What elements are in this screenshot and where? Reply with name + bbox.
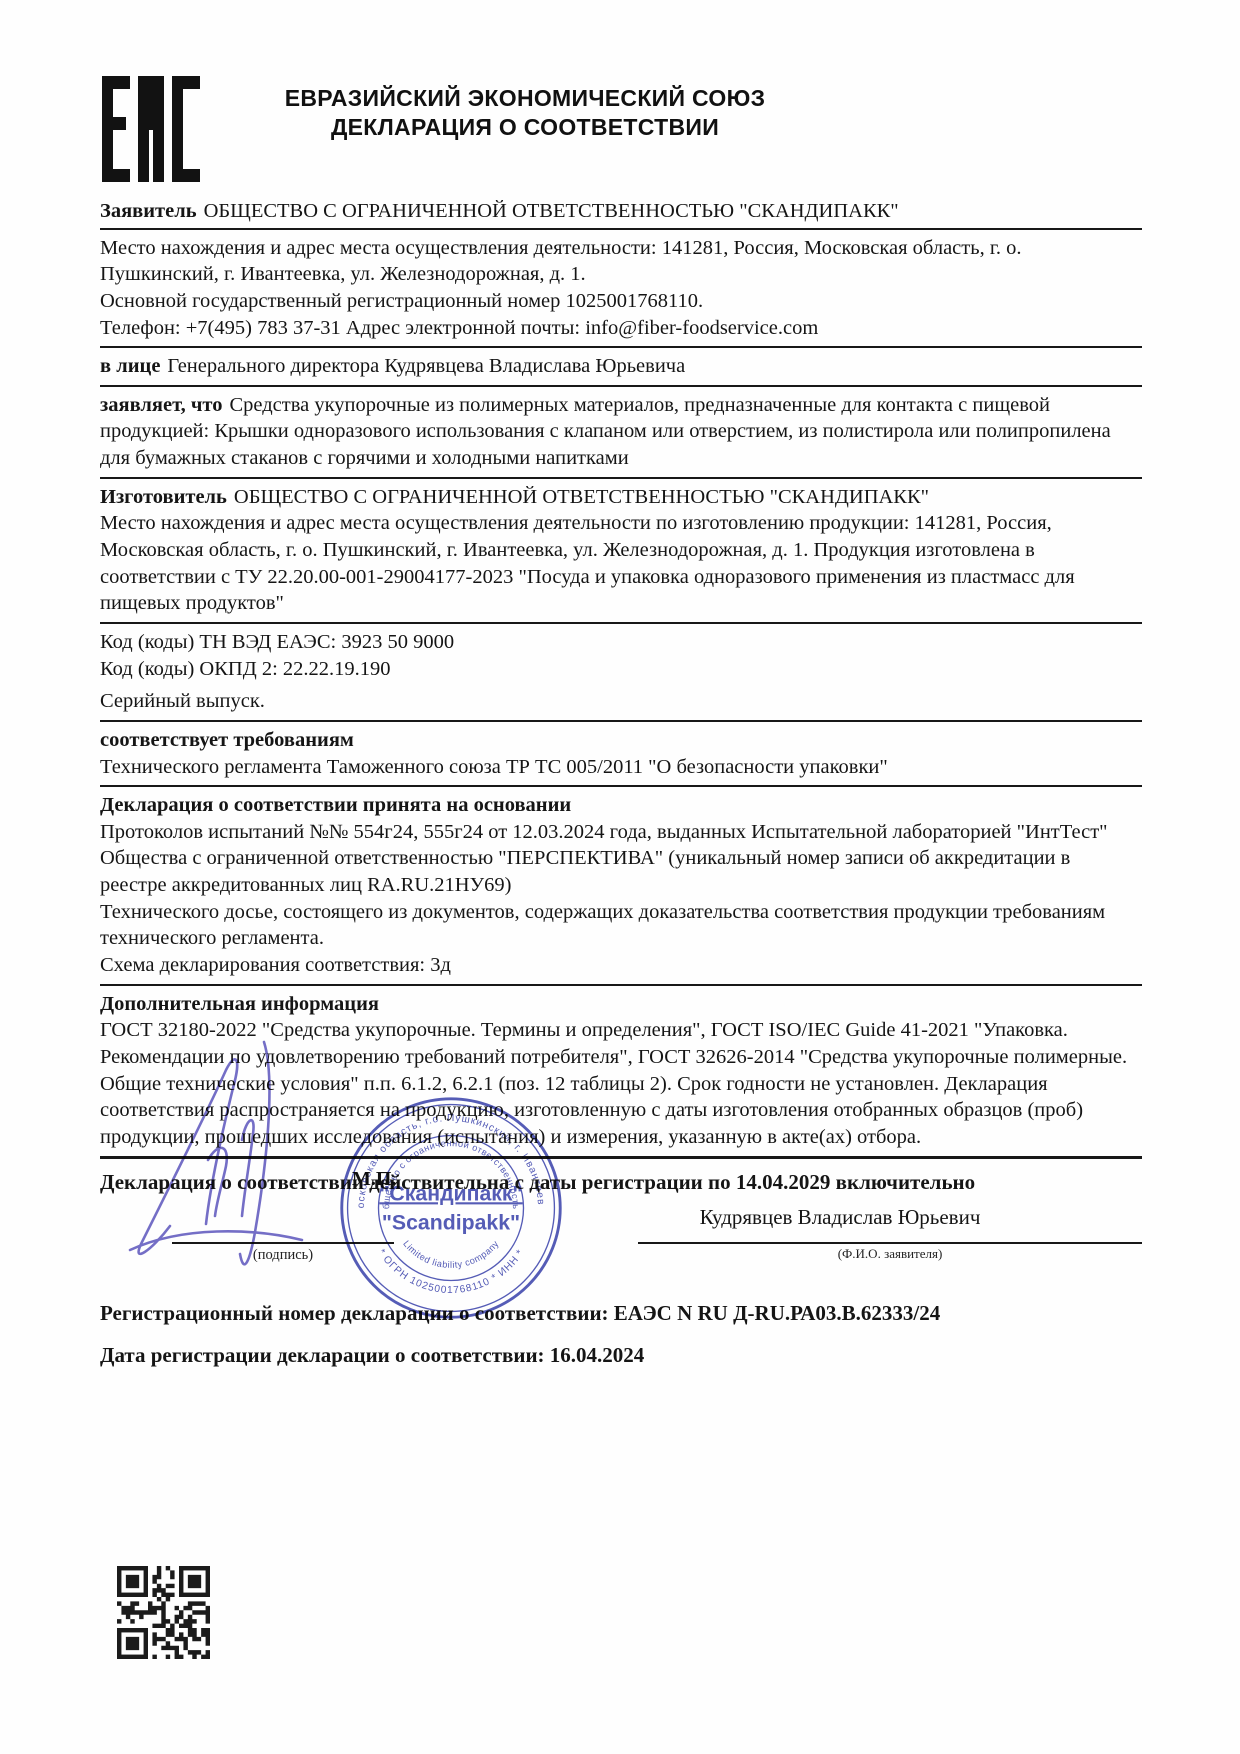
applicant-fullname: Кудрявцев Владислав Юрьевич — [600, 1204, 1080, 1231]
applicant-address: Место нахождения и адрес места осуществл… — [100, 235, 1142, 288]
company-stamp: Московская область, г.о. Пушкинский, г. … — [335, 1092, 567, 1324]
applicant-name-row: ЗаявительОБЩЕСТВО С ОГРАНИЧЕННОЙ ОТВЕТСТ… — [100, 196, 1142, 230]
stamp-inner-bottom-text: Limited liability company — [401, 1239, 501, 1270]
representative-label: в лице — [100, 355, 160, 377]
basis-section: Декларация о соответствии принята на осн… — [100, 790, 1142, 985]
applicant-details: Место нахождения и адрес места осуществл… — [100, 233, 1142, 349]
tnved-code: Код (коды) ТН ВЭД ЕАЭС: 3923 50 9000 — [100, 629, 1142, 656]
svg-text:Limited liability company: Limited liability company — [401, 1239, 501, 1270]
stamp-company-name-en: "Scandipakk" — [382, 1210, 520, 1234]
codes-section: Код (коды) ТН ВЭД ЕАЭС: 3923 50 9000 Код… — [100, 627, 1142, 722]
qr-code — [117, 1566, 210, 1659]
manufacturer-name: ОБЩЕСТВО С ОГРАНИЧЕННОЙ ОТВЕТСТВЕННОСТЬЮ… — [234, 486, 929, 508]
stamp-company-name-ru: "Скандипакк" — [379, 1181, 522, 1205]
representative-row: в лицеГенерального директора Кудрявцева … — [100, 351, 1142, 387]
fullname-line — [638, 1242, 1142, 1244]
applicant-ogrn: Основной государственный регистрационный… — [100, 288, 1142, 315]
registration-number: Регистрационный номер декларации о соотв… — [100, 1300, 1142, 1327]
product-description: Средства укупорочные из полимерных матер… — [100, 394, 1111, 469]
representative-name: Генерального директора Кудрявцева Владис… — [167, 355, 685, 377]
fullname-caption: (Ф.И.О. заявителя) — [720, 1246, 1060, 1263]
applicant-name: ОБЩЕСТВО С ОГРАНИЧЕННОЙ ОТВЕТСТВЕННОСТЬЮ… — [204, 200, 899, 222]
document-title: ЕВРАЗИЙСКИЙ ЭКОНОМИЧЕСКИЙ СОЮЗ ДЕКЛАРАЦИ… — [195, 84, 855, 143]
okpd-code: Код (коды) ОКПД 2: 22.22.19.190 — [100, 656, 1142, 683]
svg-text:* ОГРН 1025001768110 * ИНН *: * ОГРН 1025001768110 * ИНН * — [376, 1247, 527, 1296]
manufacturer-details: Место нахождения и адрес места осуществл… — [100, 510, 1142, 617]
basis-label: Декларация о соответствии принята на осн… — [100, 792, 1142, 819]
basis-dossier: Технического досье, состоящего из докуме… — [100, 899, 1142, 952]
applicant-contacts: Телефон: +7(495) 783 37-31 Адрес электро… — [100, 315, 1142, 342]
eac-logo-icon — [100, 76, 202, 182]
issue-type: Серийный выпуск. — [100, 688, 1142, 715]
basis-scheme: Схема декларирования соответствия: 3д — [100, 952, 1142, 979]
declaration-document: ЕВРАЗИЙСКИЙ ЭКОНОМИЧЕСКИЙ СОЮЗ ДЕКЛАРАЦИ… — [0, 0, 1240, 1754]
manufacturer-section: ИзготовительОБЩЕСТВО С ОГРАНИЧЕННОЙ ОТВЕ… — [100, 482, 1142, 624]
conformity-regulation: Технического регламента Таможенного союз… — [100, 754, 1142, 781]
applicant-label: Заявитель — [100, 200, 197, 222]
declares-section: заявляет, чтоСредства укупорочные из пол… — [100, 390, 1142, 479]
conformity-label: соответствует требованиям — [100, 727, 1142, 754]
title-line-union: ЕВРАЗИЙСКИЙ ЭКОНОМИЧЕСКИЙ СОЮЗ — [195, 84, 855, 113]
declares-label: заявляет, что — [100, 394, 222, 416]
registration-date: Дата регистрации декларации о соответств… — [100, 1342, 1142, 1369]
basis-protocols: Протоколов испытаний №№ 554г24, 555г24 о… — [100, 819, 1142, 899]
stamp-ring-bottom-text: * ОГРН 1025001768110 * ИНН * — [376, 1247, 527, 1296]
conformity-section: соответствует требованиям Технического р… — [100, 725, 1142, 787]
handwritten-signature — [112, 1018, 362, 1278]
manufacturer-label: Изготовитель — [100, 486, 227, 508]
title-line-declaration: ДЕКЛАРАЦИЯ О СООТВЕТСТВИИ — [195, 113, 855, 142]
additional-info-label: Дополнительная информация — [100, 991, 1142, 1018]
